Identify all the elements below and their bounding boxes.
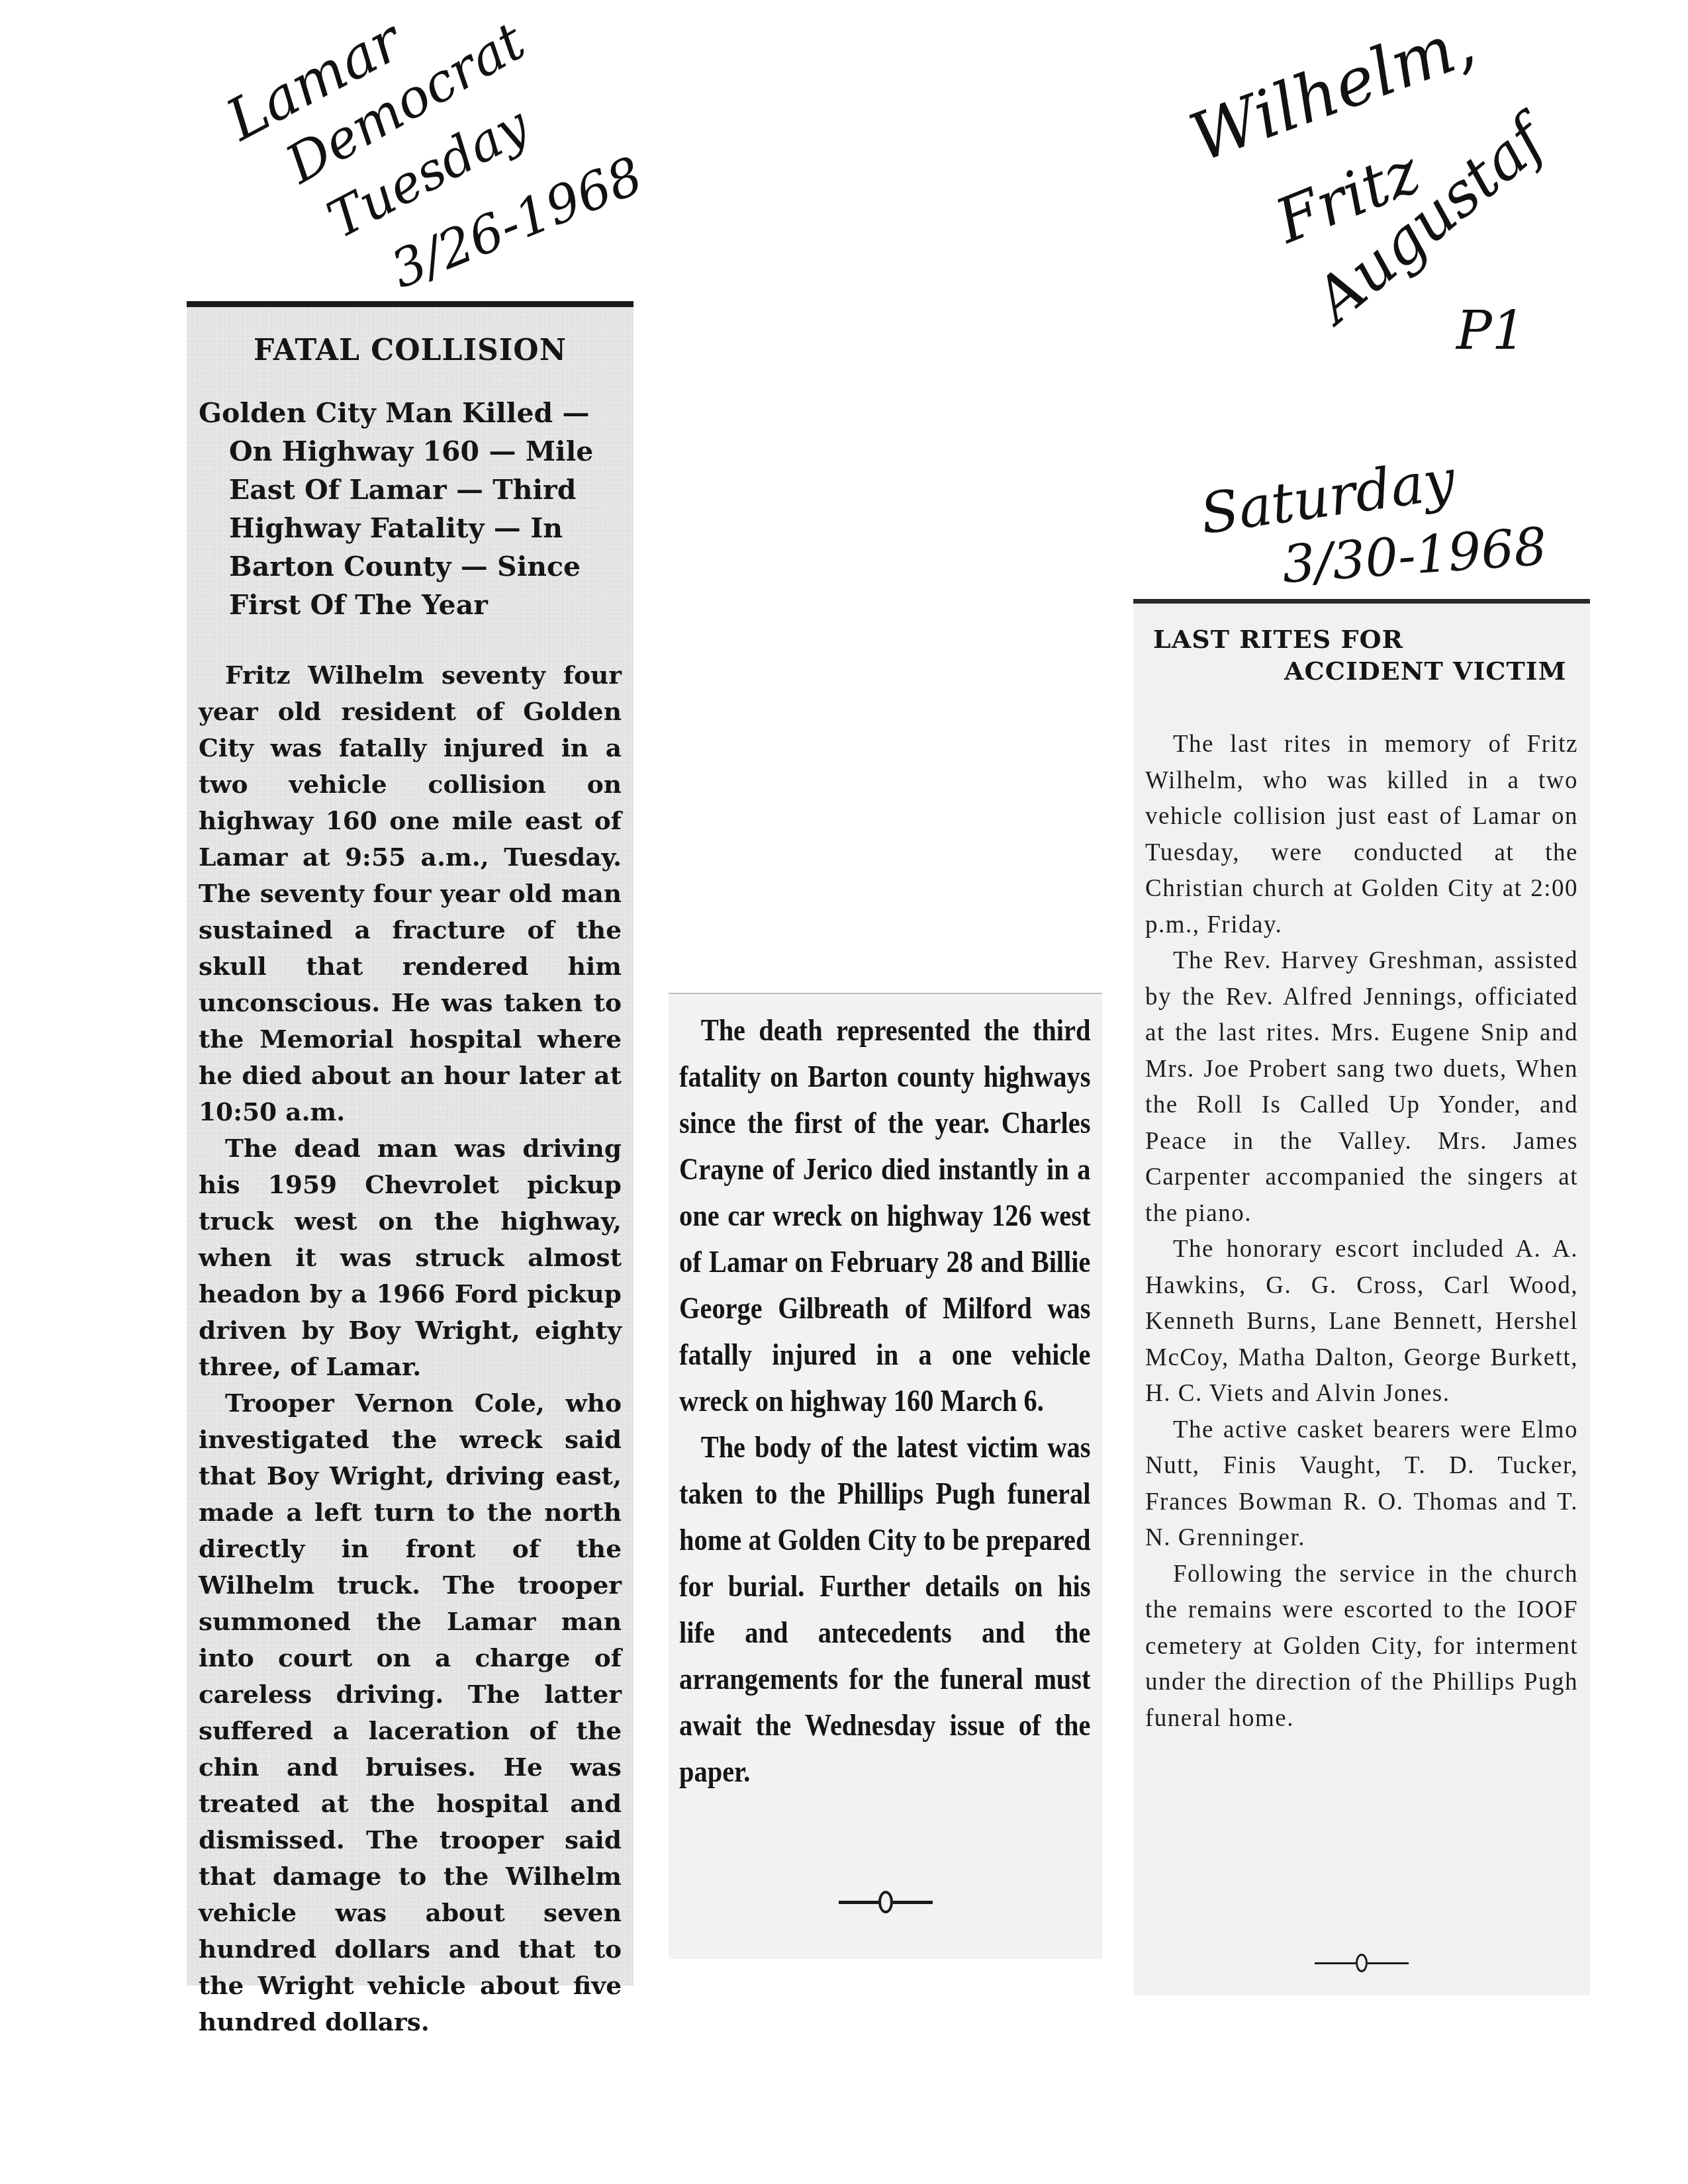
news-clipping-fatal-collision: FATAL COLLISION Golden City Man Killed —… bbox=[187, 301, 633, 1985]
paragraph: The Rev. Harvey Greshman, assisted by th… bbox=[1145, 943, 1578, 1232]
paragraph: Trooper Vernon Cole, who investigated th… bbox=[199, 1385, 622, 2040]
paragraph: The death represented the third fatality… bbox=[679, 1007, 1090, 1424]
handwritten-page-ref: P1 bbox=[1456, 304, 1526, 357]
paragraph: The dead man was driving his 1959 Chevro… bbox=[199, 1130, 622, 1385]
clipping-headline: LAST RITES FOR bbox=[1145, 623, 1578, 655]
clipping-headline: ACCIDENT VICTIM bbox=[1145, 655, 1578, 687]
end-mark bbox=[1133, 1954, 1590, 1972]
paragraph: The active casket bearers were Elmo Nutt… bbox=[1145, 1412, 1578, 1557]
clipping-body: The last rites in memory of Fritz Wilhel… bbox=[1145, 727, 1578, 1737]
end-mark bbox=[669, 1891, 1102, 1913]
handwritten-source-note: Lamar Democrat Tuesday 3/26-1968 bbox=[238, 46, 669, 265]
clipping-subheadline: Golden City Man Killed — On Highway 160 … bbox=[199, 394, 622, 624]
handwritten-date: 3/30-1968 bbox=[1281, 521, 1548, 591]
paragraph: The honorary escort included A. A. Hawki… bbox=[1145, 1232, 1578, 1412]
clipping-headline: FATAL COLLISION bbox=[199, 334, 622, 367]
paragraph: Following the service in the church the … bbox=[1145, 1557, 1578, 1737]
separator-icon bbox=[839, 1891, 933, 1913]
clipping-body: Fritz Wilhelm seventy four year old resi… bbox=[199, 657, 622, 2040]
news-clipping-last-rites: LAST RITES FOR ACCIDENT VICTIM The last … bbox=[1133, 599, 1590, 1995]
handwritten-date-note: Saturday 3/30-1968 bbox=[1205, 480, 1575, 599]
paragraph: The last rites in memory of Fritz Wilhel… bbox=[1145, 727, 1578, 943]
clipping-body: The death represented the third fatality… bbox=[679, 1007, 1092, 1795]
separator-icon bbox=[1315, 1954, 1409, 1972]
paragraph: Fritz Wilhelm seventy four year old resi… bbox=[199, 657, 622, 1130]
handwritten-line: Wilhelm, bbox=[1182, 9, 1483, 172]
news-clipping-continuation: The death represented the third fatality… bbox=[669, 993, 1102, 1959]
paragraph: The body of the latest victim was taken … bbox=[679, 1424, 1090, 1795]
handwritten-name-note: Wilhelm, Fritz Augustaf P1 bbox=[1192, 26, 1589, 338]
